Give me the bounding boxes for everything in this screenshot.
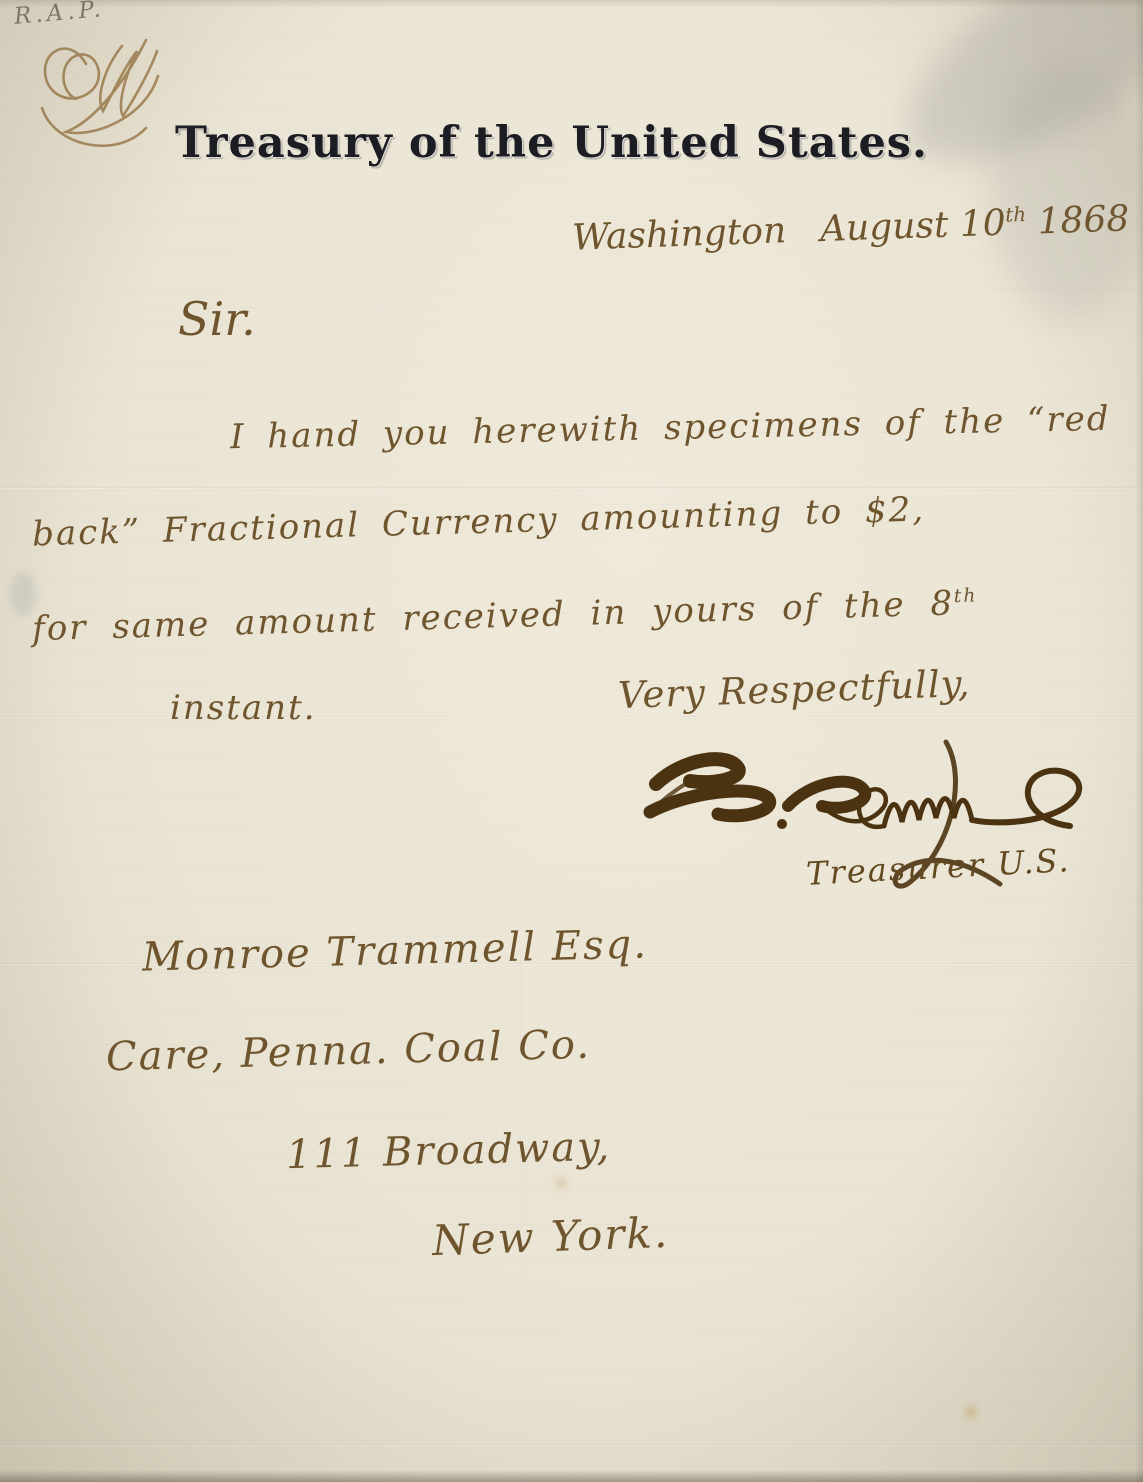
recipient-city: New York. xyxy=(431,1208,670,1265)
body-line-3-ordinal: th xyxy=(954,585,978,607)
paper-stain-2 xyxy=(556,1178,566,1188)
letterhead-title: Treasury of the United States. xyxy=(0,118,1103,168)
fold-crease-h1 xyxy=(0,308,686,311)
body-line-1: I hand you herewith specimens of the “re… xyxy=(230,399,1111,457)
recipient-street: 111 Broadway, xyxy=(285,1124,611,1178)
recipient-care-of: Care, Penna. Coal Co. xyxy=(105,1022,591,1081)
dateline-year: 1868 xyxy=(1037,198,1130,242)
page-edge-bottom xyxy=(0,1470,1143,1482)
page-edge-right xyxy=(1135,0,1143,1482)
body-line-3-text: for same amount received in yours of the… xyxy=(32,583,955,649)
fold-crease-h5 xyxy=(0,1444,1143,1447)
body-line-2: back” Fractional Currency amounting to $… xyxy=(32,490,926,555)
salutation: Sir. xyxy=(178,292,256,346)
dateline-month-day: August 10 xyxy=(819,203,1006,250)
paper-stain-3 xyxy=(966,1406,975,1418)
letter-page: R.A.P. Treasury of the United States. Wa… xyxy=(0,0,1143,1482)
body-line-3: for same amount received in yours of the… xyxy=(32,583,979,649)
closing: Very Respectfully, xyxy=(617,662,971,717)
showthrough-smudge-2 xyxy=(990,60,1143,320)
dateline-gap xyxy=(787,241,821,242)
recipient-name: Monroe Trammell Esq. xyxy=(141,921,648,980)
dateline-place: Washington xyxy=(571,210,786,258)
page-edge-top xyxy=(0,0,1143,8)
fold-crease-h2 xyxy=(0,487,1143,490)
dateline-ordinal: th xyxy=(1005,203,1026,227)
body-line-4: instant. xyxy=(170,688,317,728)
